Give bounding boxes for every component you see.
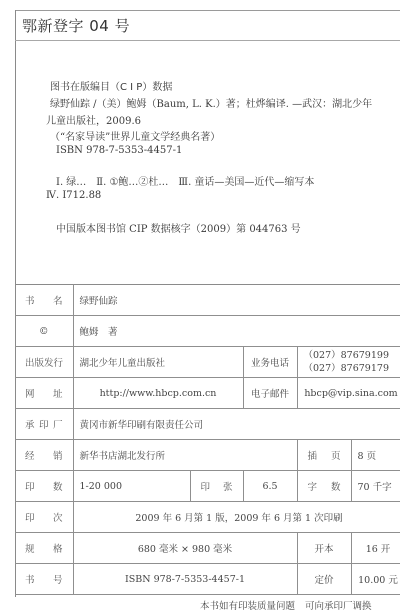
quality-notice-2: 可向承印厂调换 (305, 601, 372, 612)
cip-isbn: ISBN 978-7-5353-4457-1 (56, 145, 182, 156)
value-sheets: 6.5 (243, 471, 297, 502)
label-website: 网 址 (15, 378, 73, 409)
row-format: 规 格 680 毫米 × 980 毫米 开本 16 开 (15, 533, 400, 564)
label-impression: 印 次 (15, 502, 73, 533)
cip-classification-2: Ⅳ. I712.88 (46, 190, 101, 201)
row-book-name: 书 名 绿野仙踪 (15, 285, 400, 316)
top-border (15, 10, 400, 11)
label-print-run: 印 数 (15, 471, 73, 502)
label-words: 字 数 (297, 471, 351, 502)
value-printer: 黄冈市新华印刷有限责任公司 (73, 409, 400, 440)
label-sheets: 印 张 (190, 471, 243, 502)
label-phone: 业务电话 (243, 347, 297, 378)
quality-notice-1: 本书如有印装质量问题 (200, 601, 295, 612)
value-format: 680 毫米 × 980 毫米 (73, 533, 297, 564)
label-copyright: © (15, 316, 73, 347)
value-print-run: 1-20 000 (73, 471, 190, 502)
label-book-name: 书 名 (15, 285, 73, 316)
phone-1: （027）87679199 (304, 349, 399, 362)
cip-series: （“名家导读”世界儿童文学经典名著） (50, 128, 220, 143)
value-price: 10.00 元 (351, 564, 400, 595)
cip-verification: 中国版本图书馆 CIP 数据核字（2009）第 044763 号 (56, 220, 301, 235)
cip-line-1: 绿野仙踪 /（美）鲍姆（Baum, L. K.）著；杜烨编译. —武汉：湖北少年 (50, 95, 372, 110)
label-publisher: 出版发行 (15, 347, 73, 378)
value-website: http://www.hbcp.com.cn (73, 378, 243, 409)
phone-2: （027）87679179 (304, 362, 399, 375)
value-insert: 8 页 (351, 440, 400, 471)
value-publisher: 湖北少年儿童出版社 (73, 347, 243, 378)
copyright-page: 鄂新登字 04 号 图书在版编目（C I P）数据 绿野仙踪 /（美）鲍姆（Ba… (0, 0, 400, 616)
cip-line-2: 儿童出版社，2009.6 (46, 112, 141, 127)
value-size: 16 开 (351, 533, 400, 564)
quality-notice: 本书如有印装质量问题可向承印厂调换 (200, 598, 372, 612)
row-isbn: 书 号 ISBN 978-7-5353-4457-1 定价 10.00 元 (15, 564, 400, 595)
value-email: hbcp@vip.sina.com (297, 378, 400, 409)
registration-number: 鄂新登字 04 号 (22, 15, 130, 36)
row-distributor: 经 销 新华书店湖北发行所 插 页 8 页 (15, 440, 400, 471)
label-format: 规 格 (15, 533, 73, 564)
cip-classification-1: Ⅰ. 绿… Ⅱ. ①鲍…②杜… Ⅲ. 童话—美国—近代—缩写本 (56, 173, 314, 188)
label-insert: 插 页 (297, 440, 351, 471)
value-book-name: 绿野仙踪 (73, 285, 400, 316)
row-publisher: 出版发行 湖北少年儿童出版社 业务电话 （027）87679199 （027）8… (15, 347, 400, 378)
row-website: 网 址 http://www.hbcp.com.cn 电子邮件 hbcp@vip… (15, 378, 400, 409)
row-print-run: 印 数 1-20 000 印 张 6.5 字 数 70 千字 (15, 471, 400, 502)
value-distributor: 新华书店湖北发行所 (73, 440, 297, 471)
cip-title: 图书在版编目（C I P）数据 (50, 78, 172, 93)
row-printer: 承印厂 黄冈市新华印刷有限责任公司 (15, 409, 400, 440)
label-printer: 承印厂 (15, 409, 73, 440)
row-impression: 印 次 2009 年 6 月第 1 版，2009 年 6 月第 1 次印刷 (15, 502, 400, 533)
value-phones: （027）87679199 （027）87679179 (297, 347, 400, 378)
value-impression: 2009 年 6 月第 1 版，2009 年 6 月第 1 次印刷 (73, 502, 400, 533)
row-copyright: © 鲍姆 著 (15, 316, 400, 347)
value-words: 70 千字 (351, 471, 400, 502)
label-distributor: 经 销 (15, 440, 73, 471)
label-email: 电子邮件 (243, 378, 297, 409)
header-divider (15, 40, 400, 41)
publication-info-table: 书 名 绿野仙踪 © 鲍姆 著 出版发行 湖北少年儿童出版社 业务电话 （027… (15, 284, 400, 595)
value-author: 鲍姆 著 (73, 316, 400, 347)
value-isbn: ISBN 978-7-5353-4457-1 (73, 564, 297, 595)
label-isbn: 书 号 (15, 564, 73, 595)
label-size: 开本 (297, 533, 351, 564)
label-price: 定价 (297, 564, 351, 595)
